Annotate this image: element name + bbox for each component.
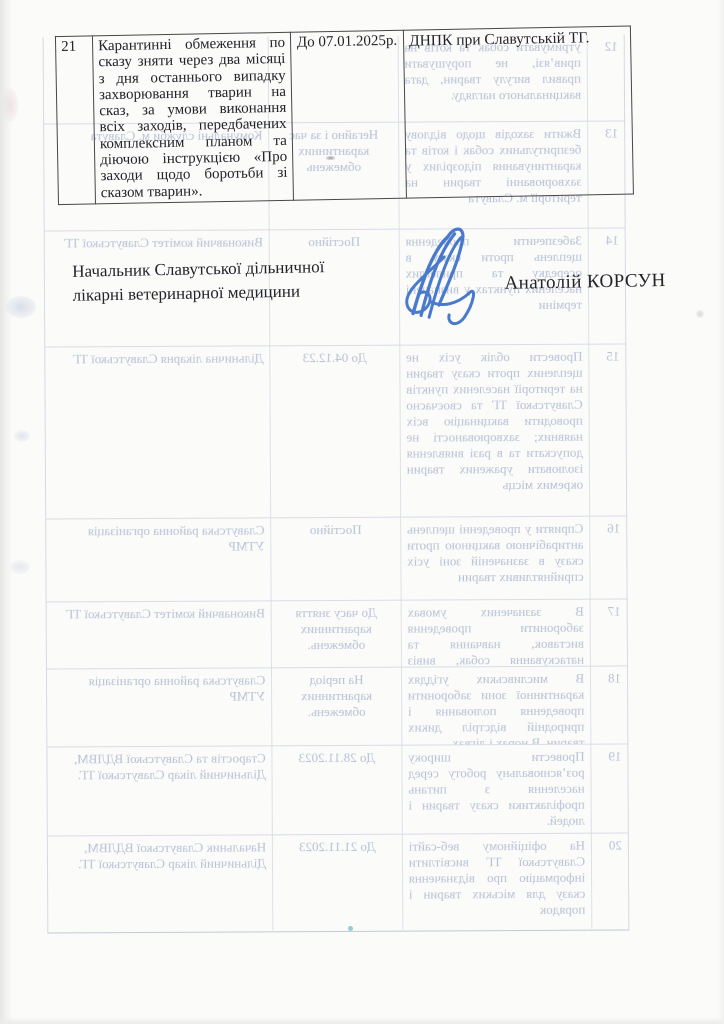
document-front-layer: 21 Карантинні обмеження по сказу зняти ч… xyxy=(0,0,724,1024)
page-edge-shadow xyxy=(718,0,724,1024)
plan-table: 21 Карантинні обмеження по сказу зняти ч… xyxy=(55,26,634,205)
page-edge-shadow xyxy=(0,1017,724,1024)
deadline-cell: До 07.01.2025р. xyxy=(290,30,406,200)
row-number-cell: 21 xyxy=(55,36,95,205)
table-row-21: 21 Карантинні обмеження по сказу зняти ч… xyxy=(55,26,633,204)
signature-ink xyxy=(381,206,495,340)
signatory-position-line2: лікарні ветеринарної медицини xyxy=(72,278,372,307)
measure-text-cell: Карантинні обмеження по сказу зняти чере… xyxy=(92,32,293,204)
page-edge-shadow xyxy=(0,0,12,1024)
signer-name: Анатолій КОРСУН xyxy=(504,270,666,295)
signatory-position: Начальник Славутської дільничної лікарні… xyxy=(72,254,373,307)
scanned-document-page: 12 утримувати собак та котів на прив’язі… xyxy=(0,0,724,1024)
responsible-cell: ДНПК при Славутській ТГ. xyxy=(403,26,633,198)
